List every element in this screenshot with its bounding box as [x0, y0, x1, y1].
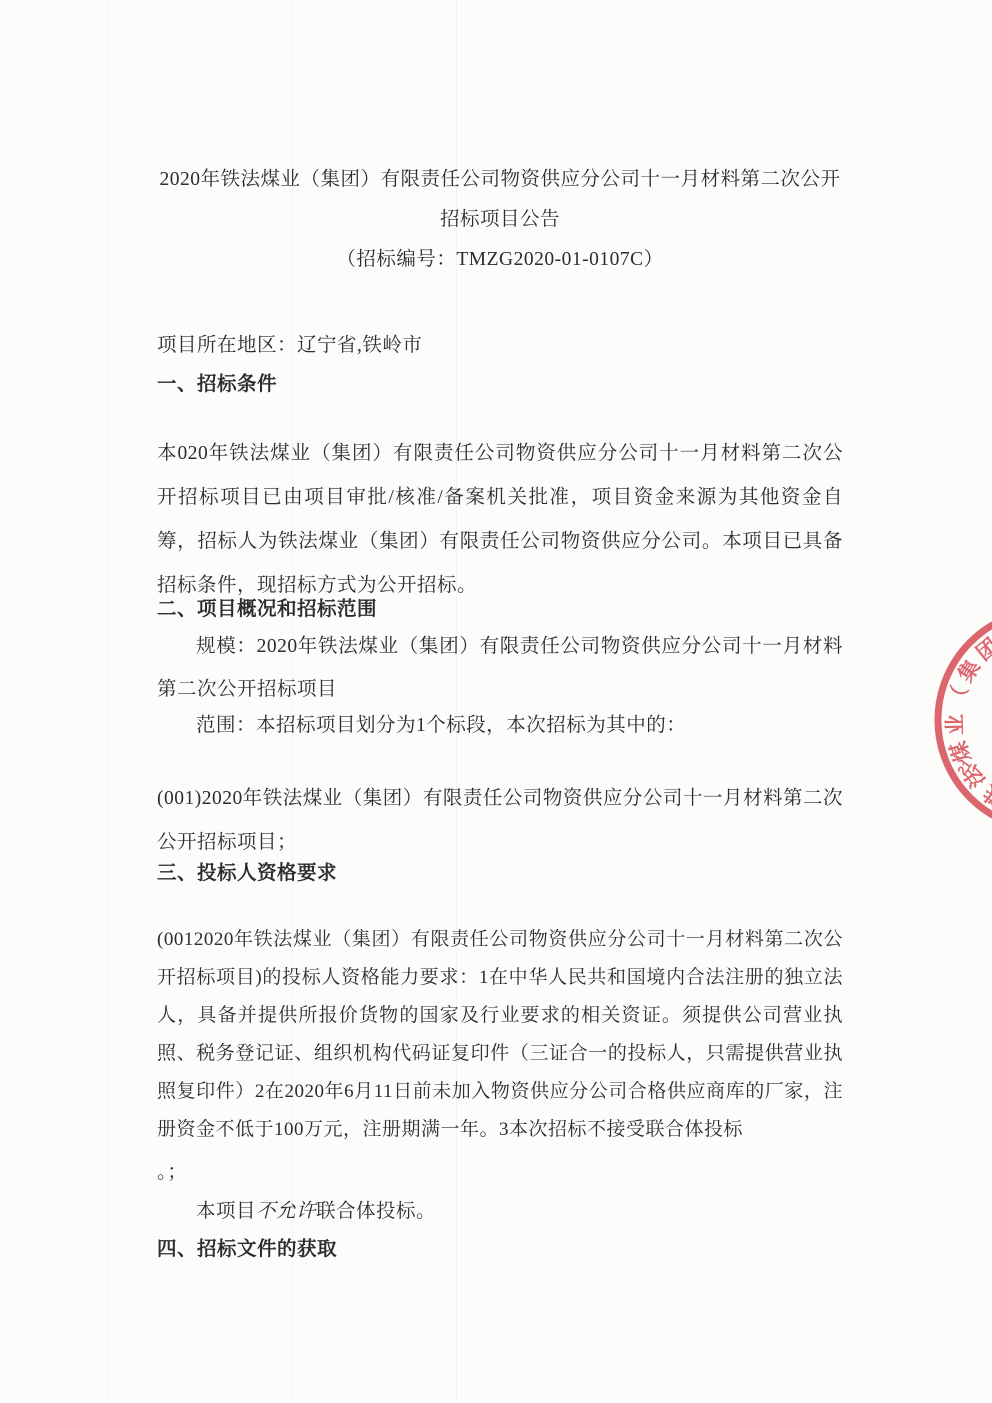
scope-paragraph: 范围：本招标项目划分为1个标段，本次招标为其中的： — [157, 704, 843, 748]
seal-arc-text: 铁法煤业（集团 — [943, 630, 992, 812]
scale-paragraph: 规模：2020年铁法煤业（集团）有限责任公司物资供应分公司十一月材料第二次公开招… — [157, 625, 843, 711]
section-1-body: 本020年铁法煤业（集团）有限责任公司物资供应分公司十一月材料第二次公开招标项目… — [157, 432, 843, 608]
punctuation-tail: 。； — [157, 1153, 843, 1193]
document-title-line-1: 2020年铁法煤业（集团）有限责任公司物资供应分公司十一月材料第二次公开 — [157, 160, 843, 200]
scan-fold-line — [108, 0, 109, 1403]
seal-serial-text: 21 — [954, 757, 975, 777]
section-2-heading: 二、项目概况和招标范围 — [157, 590, 843, 630]
qualification-paragraph: (0012020年铁法煤业（集团）有限责任公司物资供应分公司十一月材料第二次公开… — [157, 921, 843, 1149]
lot-001-paragraph: (001)2020年铁法煤业（集团）有限责任公司物资供应分公司十一月材料第二次公… — [157, 777, 843, 865]
red-seal-icon: 铁法煤业（集团 21 — [890, 560, 992, 890]
company-seal-stamp: 铁法煤业（集团 21 — [890, 560, 992, 890]
joint-venture-note: 本项目不允许联合体投标。 — [157, 1192, 843, 1232]
svg-text:铁法煤业（集团: 铁法煤业（集团 — [943, 630, 992, 812]
section-4-heading: 四、招标文件的获取 — [157, 1230, 843, 1270]
section-3-heading: 三、投标人资格要求 — [157, 854, 843, 894]
project-location: 项目所在地区：辽宁省,铁岭市 — [157, 326, 843, 366]
jv-note-emphasis: 不允许 — [256, 1201, 316, 1222]
jv-note-suffix: 联合体投标。 — [316, 1201, 436, 1222]
jv-note-prefix: 本项目 — [196, 1201, 256, 1222]
tender-number: （招标编号：TMZG2020-01-0107C） — [157, 240, 843, 280]
document-title-line-2: 招标项目公告 — [157, 200, 843, 240]
section-1-heading: 一、招标条件 — [157, 365, 843, 405]
